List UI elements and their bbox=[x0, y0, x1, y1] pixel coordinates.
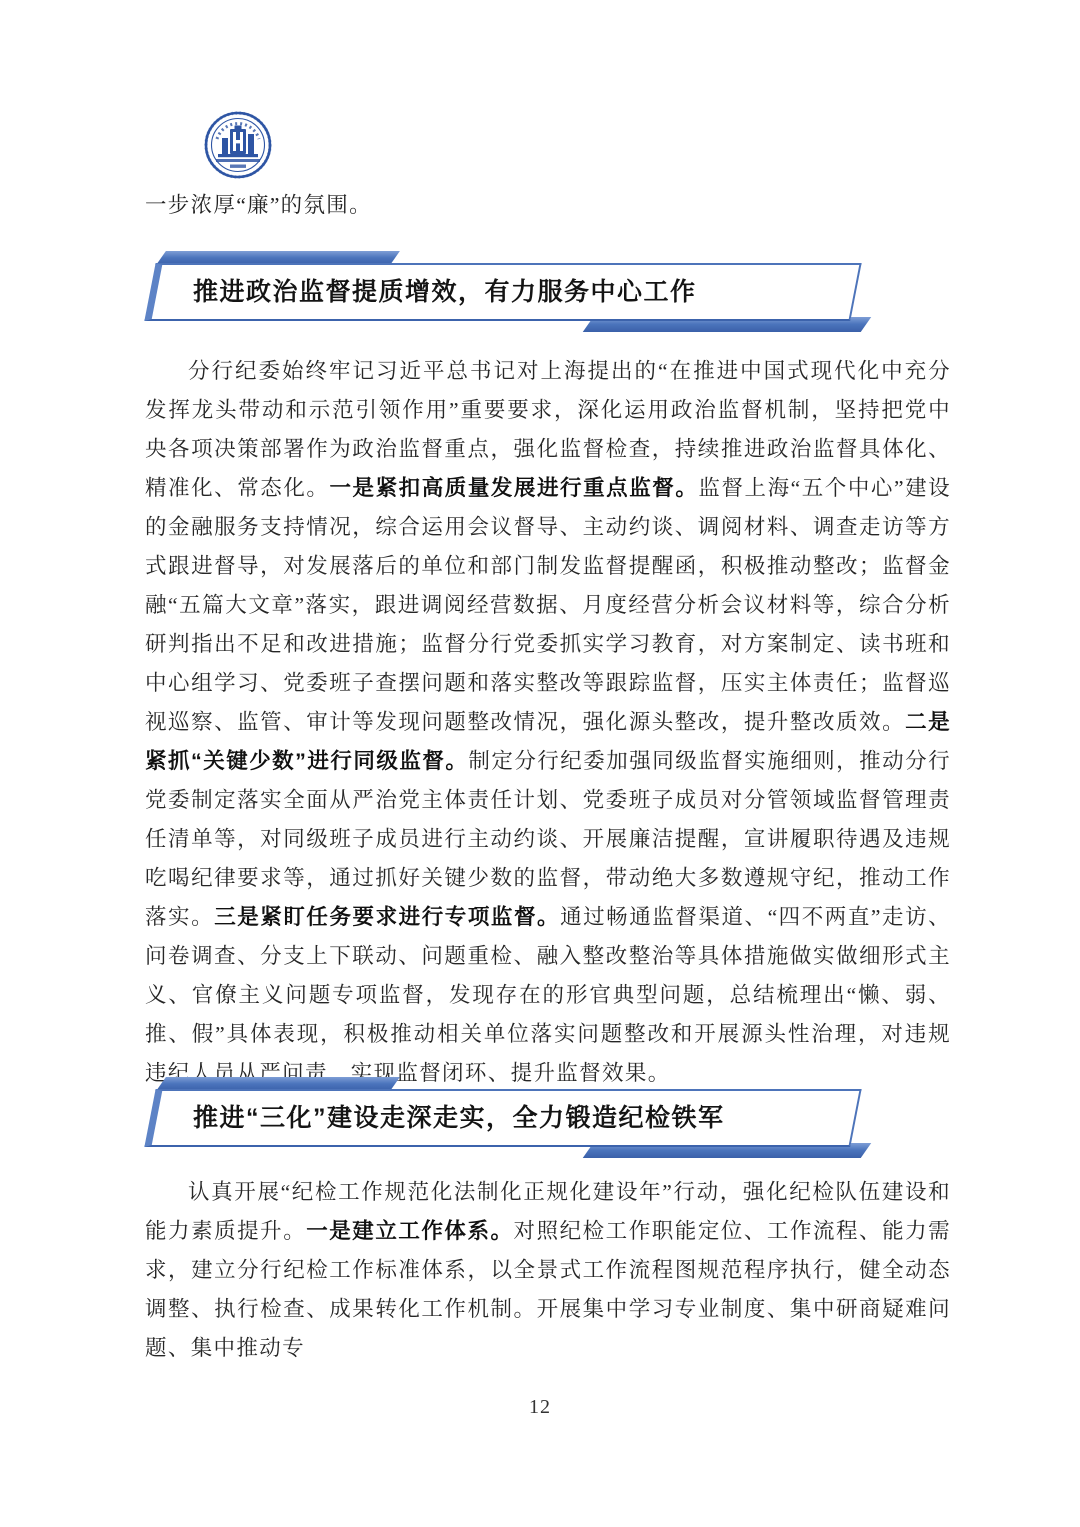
text-run: 监督上海“五个中心”建设的金融服务支持情况，综合运用会议督导、主动约谈、调阅材料… bbox=[145, 476, 951, 734]
section-2-heading: 推进“三化”建设走深走实，全力锻造纪检铁军 bbox=[193, 1089, 725, 1147]
organization-seal-icon bbox=[204, 111, 272, 179]
emphasis-run: 一是建立工作体系。 bbox=[306, 1219, 513, 1243]
paragraph-sanhua-construction: 认真开展“纪检工作规范化法制化正规化建设年”行动，强化纪检队伍建设和能力素质提升… bbox=[145, 1173, 951, 1368]
page-number: 12 bbox=[0, 1396, 1080, 1419]
section-heading-banner-2: 推进“三化”建设走深走实，全力锻造纪检铁军 bbox=[145, 1077, 867, 1159]
carryover-text: 一步浓厚“廉”的氛围。 bbox=[145, 190, 951, 220]
paragraph-political-supervision: 分行纪委始终牢记习近平总书记对上海提出的“在推进中国式现代化中充分发挥龙头带动和… bbox=[145, 352, 951, 1093]
bank-seal-graphic bbox=[204, 111, 272, 179]
text-run: 制定分行纪委加强同级监督实施细则，推动分行党委制定落实全面从严治党主体责任计划、… bbox=[145, 749, 951, 929]
emphasis-run: 三是紧盯任务要求进行专项监督。 bbox=[214, 905, 560, 929]
emphasis-run: 一是紧扣高质量发展进行重点监督。 bbox=[329, 476, 698, 500]
section-heading-banner-1: 推进政治监督提质增效，有力服务中心工作 bbox=[145, 251, 867, 333]
section-1-heading: 推进政治监督提质增效，有力服务中心工作 bbox=[193, 263, 697, 321]
text-run: 通过畅通监督渠道、“四不两直”走访、问卷调查、分支上下联动、问题重检、融入整改整… bbox=[145, 905, 951, 1085]
document-page: 一步浓厚“廉”的氛围。 推进政治监督提质增效，有力服务中心工作 分行纪委始终牢记… bbox=[0, 0, 1080, 1527]
